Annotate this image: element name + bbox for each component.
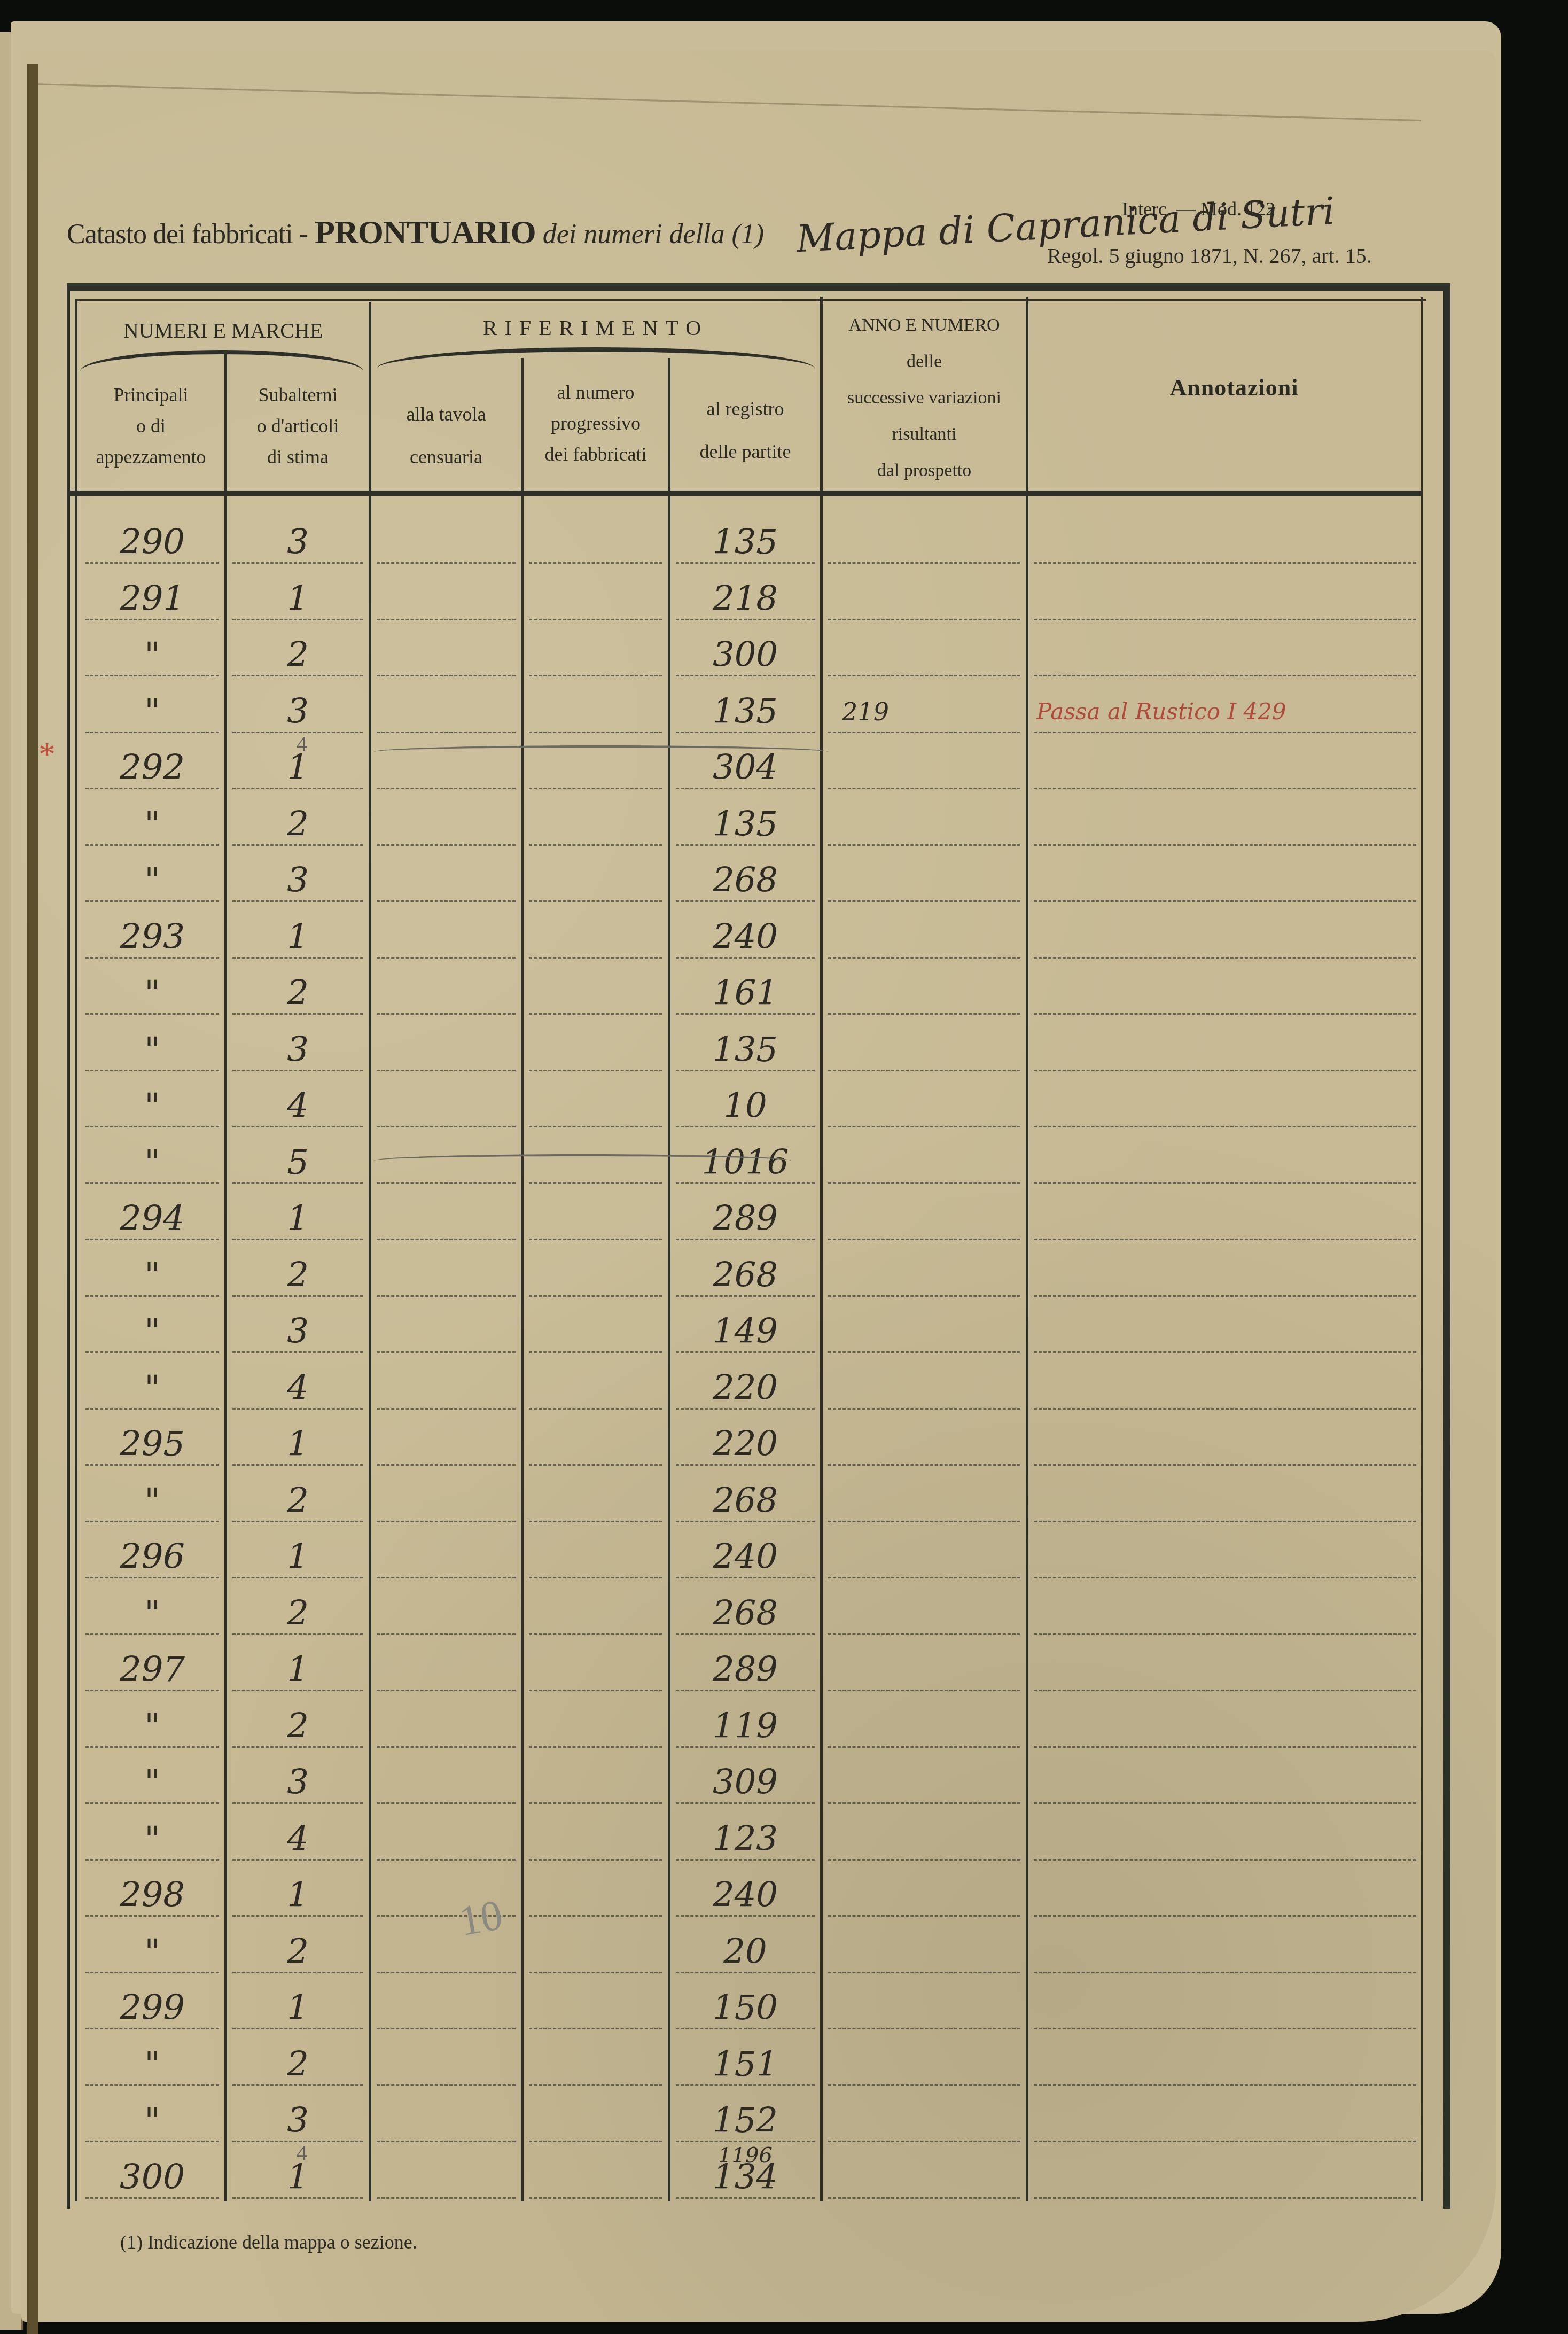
row-rule (85, 1070, 219, 1071)
row-rule (232, 562, 363, 564)
cell-subalterno: 1 (227, 919, 369, 956)
cell-registro: 134 (670, 2159, 820, 2196)
col-line-5 (820, 297, 823, 2201)
row-rule (828, 2084, 1020, 2086)
col-header-tavola: alla tavola censuaria (371, 393, 521, 478)
cell-subalterno: 2 (227, 1595, 369, 1632)
cell-registro: 268 (670, 1595, 820, 1632)
row-rule (1034, 1915, 1416, 1917)
cell-principale: " (80, 1257, 224, 1294)
cell-registro: 123 (670, 1820, 820, 1858)
row-rule (828, 2028, 1020, 2029)
row-rule (1034, 2028, 1416, 2029)
row-rule (1034, 1464, 1416, 1466)
cell-annotazione: Passa al Rustico I 429 (1036, 693, 1410, 730)
cell-principale: 290 (80, 524, 224, 561)
row-rule (529, 562, 662, 564)
cell-principale: 299 (80, 1989, 224, 2027)
row-rule (85, 1746, 219, 1748)
row-rule (1034, 788, 1416, 789)
cell-registro: 309 (670, 1764, 820, 1801)
binding-strip (27, 64, 38, 2334)
cell-registro: 10 (670, 1087, 820, 1125)
row-rule (676, 1351, 815, 1353)
row-rule (529, 1408, 662, 1410)
cell-principale: " (80, 1482, 224, 1520)
cell-registro: 152 (670, 2102, 820, 2139)
cell-principale: " (80, 1708, 224, 1745)
row-rule (828, 2141, 1020, 2142)
cell-registro: 268 (670, 1257, 820, 1294)
cell-subalterno: 2 (227, 975, 369, 1012)
row-rule (828, 675, 1020, 676)
page-title: Catasto dei fabbricati - PRONTUARIO dei … (67, 214, 764, 252)
pencil-strike-line-1 (374, 745, 828, 758)
row-rule (85, 1859, 219, 1861)
row-rule (377, 844, 516, 846)
row-rule (377, 675, 516, 676)
row-rule (377, 1972, 516, 1973)
row-rule (676, 2028, 815, 2029)
row-rule (676, 1239, 815, 1240)
cell-registro: 289 (670, 1651, 820, 1689)
row-rule (529, 1239, 662, 1240)
row-rule (377, 619, 516, 620)
regulation-reference: Regol. 5 giugno 1871, N. 267, art. 15. (1047, 243, 1372, 268)
row-rule (828, 900, 1020, 902)
row-rule (232, 1126, 363, 1127)
cell-subalterno: 2 (227, 1933, 369, 1971)
col-line-2 (369, 302, 371, 2201)
cell-registro: 300 (670, 636, 820, 674)
row-rule (828, 957, 1020, 959)
row-rule (377, 1070, 516, 1071)
row-rule (85, 619, 219, 620)
row-rule (676, 619, 815, 620)
row-rule (377, 1690, 516, 1691)
row-rule (1034, 1408, 1416, 1410)
cell-principale: " (80, 1370, 224, 1407)
row-rule (85, 675, 219, 676)
cell-principale: 298 (80, 1877, 224, 1914)
row-rule (85, 844, 219, 846)
cell-principale: " (80, 693, 224, 730)
row-rule (529, 1351, 662, 1353)
cell-subalterno: 1 (227, 1651, 369, 1689)
row-rule (232, 1351, 363, 1353)
cell-principale: " (80, 1144, 224, 1181)
row-rule (828, 1577, 1020, 1578)
cell-principale: " (80, 862, 224, 899)
row-rule (676, 675, 815, 676)
cell-registro: 161 (670, 975, 820, 1012)
row-rule (232, 1690, 363, 1691)
title-prefix: Catasto dei fabbricati - (67, 219, 308, 250)
row-rule (529, 1013, 662, 1015)
row-rule (1034, 562, 1416, 564)
row-rule (529, 1690, 662, 1691)
row-rule (529, 2028, 662, 2029)
row-rule (828, 1690, 1020, 1691)
cell-registro: 240 (670, 1538, 820, 1576)
row-rule (1034, 1577, 1416, 1578)
row-rule (85, 1182, 219, 1184)
row-rule (529, 1070, 662, 1071)
cell-subalterno: 2 (227, 806, 369, 843)
row-rule (85, 788, 219, 789)
cell-subalterno: 2 (227, 636, 369, 674)
row-rule (1034, 2141, 1416, 2142)
row-rule (85, 900, 219, 902)
row-rule (529, 1915, 662, 1917)
row-rule (377, 788, 516, 789)
row-rule (676, 1915, 815, 1917)
row-rule (377, 1182, 516, 1184)
row-rule (377, 1239, 516, 1240)
row-rule (676, 1859, 815, 1861)
row-rule (1034, 1126, 1416, 1127)
row-rule (828, 1013, 1020, 1015)
row-rule (828, 1859, 1020, 1861)
row-rule (676, 562, 815, 564)
cell-subalterno: 1 (227, 1426, 369, 1463)
row-rule (85, 1633, 219, 1635)
row-rule (529, 1972, 662, 1973)
row-rule (232, 1408, 363, 1410)
cell-principale: " (80, 1933, 224, 1971)
row-rule (676, 900, 815, 902)
row-rule (377, 957, 516, 959)
row-rule (529, 1633, 662, 1635)
row-rule (828, 788, 1020, 789)
col-header-annotazioni: Annotazioni (1031, 374, 1437, 401)
row-rule (377, 1859, 516, 1861)
row-rule (828, 562, 1020, 564)
row-rule (85, 2084, 219, 2086)
row-rule (85, 2141, 219, 2142)
cell-subalterno: 1 (227, 1200, 369, 1238)
row-rule (676, 1070, 815, 1071)
cell-subalterno: 1 (227, 1989, 369, 2027)
row-rule (232, 788, 363, 789)
row-rule (828, 1915, 1020, 1917)
row-rule (232, 1972, 363, 1973)
row-rule (232, 2084, 363, 2086)
row-rule (377, 1746, 516, 1748)
row-rule (529, 619, 662, 620)
cell-registro: 240 (670, 919, 820, 956)
row-rule (828, 1070, 1020, 1071)
row-rule (828, 1408, 1020, 1410)
cell-registro: 20 (670, 1933, 820, 1971)
cell-subalterno: 1 (227, 580, 369, 618)
cell-subalterno: 3 (227, 524, 369, 561)
cell-principale: " (80, 975, 224, 1012)
cell-subalterno: 2 (227, 1257, 369, 1294)
row-rule (676, 1521, 815, 1522)
row-rule (676, 844, 815, 846)
cell-registro: 119 (670, 1708, 820, 1745)
row-rule (377, 2028, 516, 2029)
cell-subalterno: 5 (227, 1144, 369, 1181)
row-rule (1034, 1690, 1416, 1691)
row-rule (377, 1802, 516, 1804)
cell-principale: " (80, 1031, 224, 1069)
row-rule (232, 1239, 363, 1240)
row-rule (529, 2141, 662, 2142)
row-rule (377, 1464, 516, 1466)
row-rule (85, 1295, 219, 1297)
col-line-7 (1421, 297, 1423, 2201)
row-rule (85, 1915, 219, 1917)
row-rule (377, 1126, 516, 1127)
cell-registro: 135 (670, 693, 820, 730)
row-rule (232, 1182, 363, 1184)
row-rule (676, 732, 815, 733)
title-suffix: dei numeri della (1) (543, 219, 764, 250)
cell-subalterno: 4 (227, 1370, 369, 1407)
row-rule (529, 1464, 662, 1466)
table-frame (67, 283, 1450, 2209)
cell-registro: 289 (670, 1200, 820, 1238)
pencil-strike-line-2 (374, 1154, 791, 1167)
row-rule (828, 1295, 1020, 1297)
row-rule (1034, 1746, 1416, 1748)
row-rule (1034, 1182, 1416, 1184)
cell-subalterno: 1 (227, 1877, 369, 1914)
row-rule (1034, 1013, 1416, 1015)
row-rule (232, 2197, 363, 2199)
row-rule (676, 1690, 815, 1691)
row-rule (1034, 1295, 1416, 1297)
cell-subalterno: 3 (227, 862, 369, 899)
row-rule (529, 732, 662, 733)
row-rule (529, 844, 662, 846)
row-rule (1034, 1802, 1416, 1804)
row-rule (1034, 1859, 1416, 1861)
cell-principale: 291 (80, 580, 224, 618)
cell-subalterno: 3 (227, 1764, 369, 1801)
row-rule (676, 1126, 815, 1127)
row-rule (1034, 1972, 1416, 1973)
cell-subalterno: 1 (227, 749, 369, 787)
row-rule (232, 844, 363, 846)
cell-registro: 149 (670, 1313, 820, 1350)
row-rule (232, 1633, 363, 1635)
row-rule (85, 1972, 219, 1973)
row-rule (529, 1859, 662, 1861)
row-rule (1034, 2197, 1416, 2199)
footnote: (1) Indicazione della mappa o sezione. (120, 2231, 417, 2253)
row-rule (529, 1577, 662, 1578)
row-rule (377, 732, 516, 733)
row-rule (85, 732, 219, 733)
cell-subalterno: 2 (227, 1708, 369, 1745)
row-rule (828, 1972, 1020, 1973)
cell-registro: 135 (670, 524, 820, 561)
row-rule (529, 1802, 662, 1804)
row-rule (529, 1182, 662, 1184)
row-rule (232, 1746, 363, 1748)
cell-registro: 240 (670, 1877, 820, 1914)
row-rule (828, 1633, 1020, 1635)
row-rule (232, 1070, 363, 1071)
col-header-variazioni: ANNO E NUMERO delle successive variazion… (823, 307, 1026, 489)
row-rule (85, 1013, 219, 1015)
row-rule (1034, 619, 1416, 620)
cell-principale: " (80, 806, 224, 843)
row-rule (232, 1577, 363, 1578)
pencil-number-mark: 10 (456, 1891, 506, 1947)
row-rule (676, 1295, 815, 1297)
row-rule (529, 2197, 662, 2199)
row-rule (676, 1577, 815, 1578)
row-rule (828, 1464, 1020, 1466)
row-rule (232, 1802, 363, 1804)
cell-principale: " (80, 1087, 224, 1125)
row-rule (828, 1182, 1020, 1184)
row-rule (529, 1746, 662, 1748)
row-rule (676, 2084, 815, 2086)
inner-top-rule (75, 299, 1426, 301)
row-rule (529, 675, 662, 676)
row-rule (377, 1295, 516, 1297)
cell-registro: 151 (670, 2046, 820, 2083)
row-rule (828, 1746, 1020, 1748)
row-rule (377, 1633, 516, 1635)
cell-subalterno: 4 (227, 1087, 369, 1125)
group-header-riferimento: RIFERIMENTO (371, 315, 820, 340)
cell-principale: " (80, 1764, 224, 1801)
row-rule (232, 1915, 363, 1917)
row-rule (828, 619, 1020, 620)
row-rule (85, 1408, 219, 1410)
cell-principale: 293 (80, 919, 224, 956)
row-rule (85, 1239, 219, 1240)
row-rule (377, 1013, 516, 1015)
col-line-3 (521, 358, 524, 2201)
row-rule (377, 1408, 516, 1410)
cell-subalterno: 1 (227, 2159, 369, 2196)
row-rule (232, 957, 363, 959)
row-rule (85, 1577, 219, 1578)
row-rule (1034, 1521, 1416, 1522)
row-rule (1034, 1070, 1416, 1071)
row-rule (529, 1126, 662, 1127)
row-rule (676, 1746, 815, 1748)
row-rule (676, 788, 815, 789)
row-rule (1034, 2084, 1416, 2086)
row-rule (232, 619, 363, 620)
cell-registro: 268 (670, 1482, 820, 1520)
cell-registro: 135 (670, 806, 820, 843)
row-rule (232, 900, 363, 902)
col-header-registro: al registro delle partite (670, 387, 820, 473)
cell-principale: 297 (80, 1651, 224, 1689)
row-rule (828, 2197, 1020, 2199)
row-rule (377, 562, 516, 564)
col-line-0 (75, 299, 77, 2201)
row-rule (85, 2028, 219, 2029)
row-rule (1034, 844, 1416, 846)
row-rule (828, 732, 1020, 733)
row-rule (828, 844, 1020, 846)
cell-principale: 300 (80, 2159, 224, 2196)
row-rule (676, 1464, 815, 1466)
cell-registro: 135 (670, 1031, 820, 1069)
row-rule (85, 957, 219, 959)
row-rule (232, 1295, 363, 1297)
cell-subalterno: 4 (227, 1820, 369, 1858)
cell-principale: " (80, 2102, 224, 2139)
cell-subalterno: 2 (227, 1482, 369, 1520)
row-rule (828, 1126, 1020, 1127)
row-rule (676, 1182, 815, 1184)
row-rule (1034, 900, 1416, 902)
cell-registro: 220 (670, 1370, 820, 1407)
row-rule (377, 2141, 516, 2142)
row-rule (377, 2084, 516, 2086)
row-rule (232, 1464, 363, 1466)
row-rule (828, 1239, 1020, 1240)
col-header-principali: Principali o di appezzamento (77, 379, 224, 472)
row-rule (828, 1351, 1020, 1353)
cell-principale: 296 (80, 1538, 224, 1576)
row-rule (85, 1802, 219, 1804)
row-rule (828, 1521, 1020, 1522)
row-rule (676, 2197, 815, 2199)
row-rule (1034, 957, 1416, 959)
row-rule (232, 2028, 363, 2029)
row-rule (1034, 675, 1416, 676)
row-rule (676, 1633, 815, 1635)
cell-principale: " (80, 1820, 224, 1858)
cell-registro: 220 (670, 1426, 820, 1463)
cell-subalterno: 1 (227, 1538, 369, 1576)
row-rule (1034, 732, 1416, 733)
cell-subalterno: 3 (227, 1031, 369, 1069)
row-rule (85, 1126, 219, 1127)
cell-principale: " (80, 636, 224, 674)
cell-subalterno: 2 (227, 2046, 369, 2083)
row-rule (232, 1013, 363, 1015)
row-rule (85, 1464, 219, 1466)
col-line-6 (1026, 297, 1028, 2201)
row-rule (1034, 1633, 1416, 1635)
row-rule (529, 1521, 662, 1522)
row-rule (85, 2197, 219, 2199)
cell-principale: " (80, 2046, 224, 2083)
group-header-numeri-e-marche: NUMERI E MARCHE (77, 318, 369, 343)
row-rule (676, 1408, 815, 1410)
row-rule (232, 1521, 363, 1522)
cell-principale: 292 (80, 749, 224, 787)
row-rule (676, 1802, 815, 1804)
row-rule (676, 957, 815, 959)
cell-principale: " (80, 1595, 224, 1632)
cell-variazione: 219 (823, 693, 908, 730)
cell-principale: 294 (80, 1200, 224, 1238)
row-rule (85, 562, 219, 564)
cell-registro: 150 (670, 1989, 820, 2027)
row-rule (377, 1577, 516, 1578)
row-rule (676, 1972, 815, 1973)
row-rule (85, 1690, 219, 1691)
row-rule (529, 2084, 662, 2086)
header-bottom-rule (69, 491, 1421, 496)
row-rule (232, 1859, 363, 1861)
row-rule (676, 1013, 815, 1015)
